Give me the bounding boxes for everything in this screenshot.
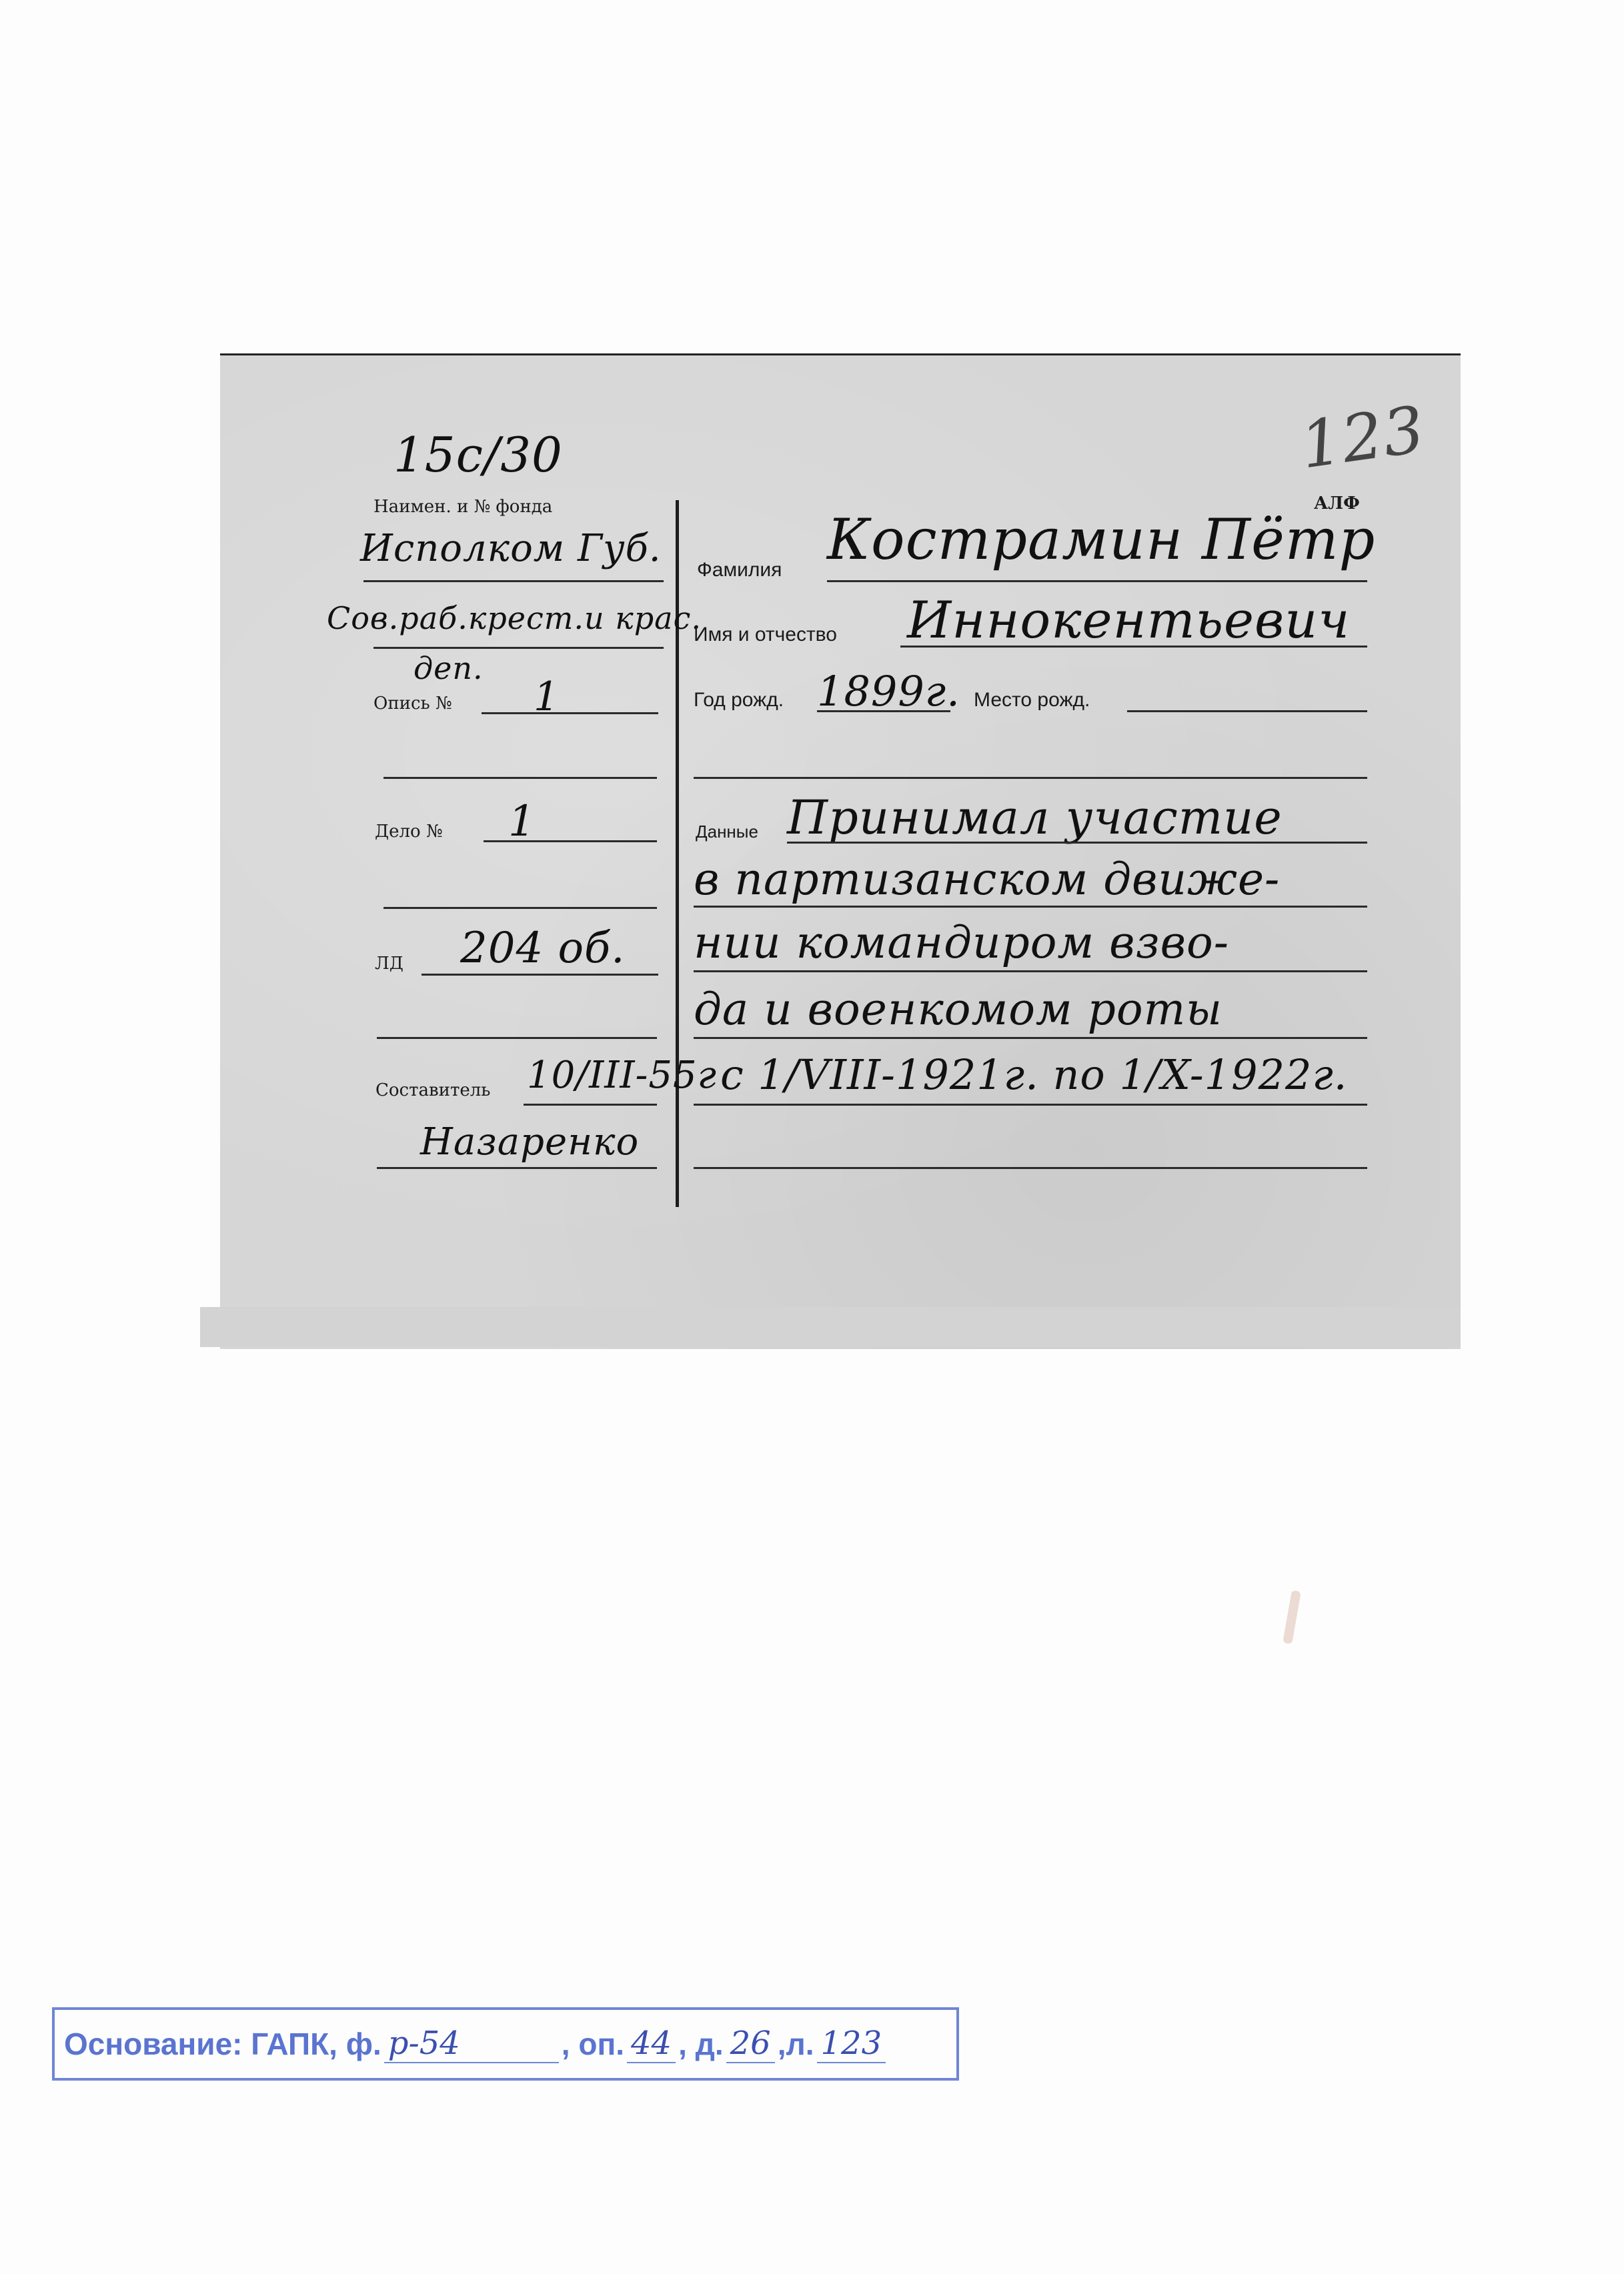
compiler-underline	[524, 1104, 657, 1106]
ld-underline	[422, 974, 658, 976]
ld-label: ЛД	[375, 954, 403, 974]
delo-value: 1	[508, 797, 536, 846]
fond-underline-2	[373, 647, 664, 649]
surname-value: Кострамин Пётр	[827, 507, 1375, 572]
ld-value: 204 об.	[460, 924, 625, 973]
fond-underline-1	[363, 580, 664, 582]
ink-smudge	[1283, 1590, 1301, 1644]
stamp-opis-label: , оп.	[562, 2026, 624, 2062]
corner-mark: 15с/30	[393, 427, 563, 483]
data-label: Данные	[696, 822, 758, 842]
delo-label: Дело №	[375, 822, 443, 842]
fond-label: Наимен. и № фонда	[373, 497, 552, 517]
data-line-2: в партизанском движе-	[694, 854, 1280, 905]
compiler-date: 10/III-55г	[527, 1054, 717, 1097]
stamp-list-label: ,л.	[778, 2026, 814, 2062]
birth-year-label: Год рожд.	[694, 689, 784, 712]
blank-line-bottom	[694, 1167, 1367, 1169]
surname-label: Фамилия	[697, 559, 782, 582]
opis-underline	[482, 712, 658, 714]
data-underline-3	[694, 970, 1367, 972]
data-underline-4	[694, 1037, 1367, 1039]
card-edge	[200, 1307, 1461, 1347]
data-line-5: с 1/VIII-1921г. по 1/X-1922г.	[720, 1050, 1348, 1099]
data-underline-1	[787, 842, 1367, 844]
name-value: Иннокентьевич	[907, 590, 1350, 650]
data-line-4: да и военкомом роты	[694, 984, 1223, 1035]
stamp-list: 123	[817, 2025, 886, 2063]
compiler-label: Составитель	[375, 1080, 490, 1100]
birth-year-value: 1899г.	[817, 667, 960, 716]
blank-line-2	[383, 907, 657, 909]
stamp-opis: 44	[627, 2025, 676, 2063]
birth-place-label: Место рожд.	[974, 689, 1090, 712]
stamp-delo: 26	[726, 2025, 775, 2063]
blank-line-1	[383, 777, 657, 779]
stamp-delo-label: , д.	[678, 2026, 724, 2062]
data-underline-2	[694, 906, 1367, 908]
fond-value-line3: деп.	[414, 650, 484, 686]
data-underline-5	[694, 1104, 1367, 1106]
data-line-3: нии командиром взво-	[694, 917, 1229, 968]
opis-label: Опись №	[373, 694, 452, 714]
stamp-prefix: Основание: ГАПК, ф.	[64, 2026, 381, 2062]
blank-line-right	[694, 777, 1367, 779]
birth-place-underline	[1127, 710, 1367, 712]
name-label: Имя и отчество	[694, 624, 837, 646]
opis-value: 1	[534, 674, 560, 720]
archive-stamp: Основание: ГАПК, ф. р-54 , оп. 44 , д. 2…	[52, 2007, 959, 2081]
compiler-name: Назаренко	[420, 1120, 639, 1164]
data-line-1: Принимал участие	[787, 790, 1283, 845]
surname-underline	[827, 580, 1367, 582]
fond-value-line1: Исполком Губ.	[360, 527, 662, 570]
stamp-fond: р-54	[384, 2025, 559, 2063]
compiler-name-underline	[377, 1167, 657, 1169]
blank-line-3	[377, 1037, 657, 1039]
fond-value-line2: Сов.раб.крест.и крас.	[327, 600, 702, 636]
